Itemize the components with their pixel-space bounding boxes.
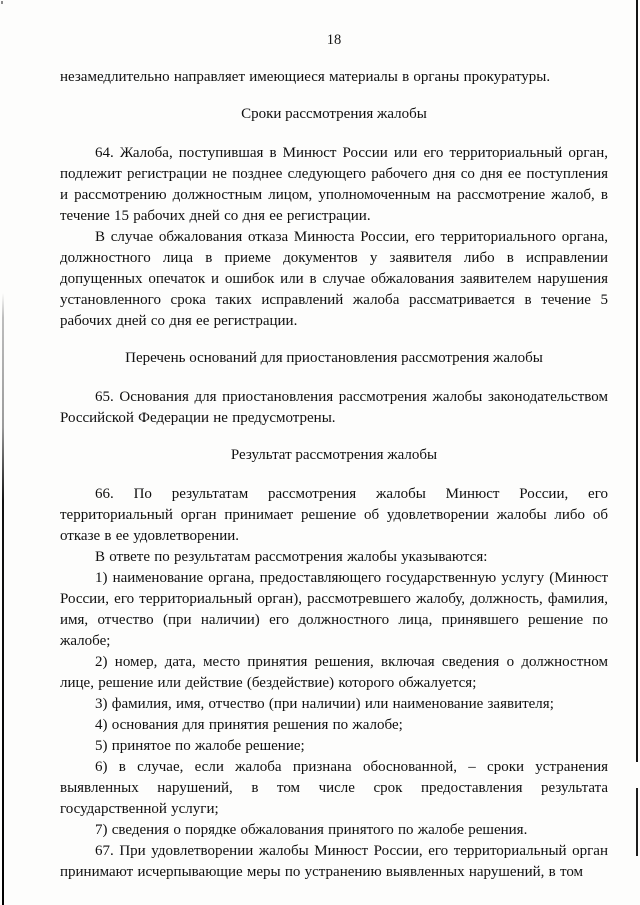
scan-edge-right-artifact-lower bbox=[636, 788, 638, 856]
heading-review-terms: Сроки рассмотрения жалобы bbox=[60, 104, 608, 125]
heading-review-result: Результат рассмотрения жалобы bbox=[60, 445, 608, 466]
paragraph-64: 64. Жалоба, поступившая в Минюст России … bbox=[60, 143, 608, 227]
scan-edge-left-artifact bbox=[2, 293, 4, 905]
paragraph-64-appeal-refusal: В случае обжалования отказа Минюста Росс… bbox=[60, 227, 608, 332]
list-item-5: 5) принятое по жалобе решение; bbox=[60, 736, 608, 757]
list-item-2: 2) номер, дата, место принятия решения, … bbox=[60, 652, 608, 694]
list-item-1: 1) наименование органа, предоставляющего… bbox=[60, 568, 608, 652]
scan-edge-right-artifact-upper bbox=[636, 0, 638, 762]
list-item-4: 4) основания для принятия решения по жал… bbox=[60, 715, 608, 736]
page-number: 18 bbox=[60, 30, 608, 51]
paragraph-66: 66. По результатам рассмотрения жалобы М… bbox=[60, 484, 608, 547]
paragraph-response-intro: В ответе по результатам рассмотрения жал… bbox=[60, 547, 608, 568]
list-item-3: 3) фамилия, имя, отчество (при наличии) … bbox=[60, 694, 608, 715]
paragraph-continuation: незамедлительно направляет имеющиеся мат… bbox=[60, 67, 608, 88]
paragraph-65: 65. Основания для приостановления рассмо… bbox=[60, 387, 608, 429]
list-item-6: 6) в случае, если жалоба признана обосно… bbox=[60, 757, 608, 820]
text-column: 18 незамедлительно направляет имеющиеся … bbox=[60, 30, 608, 883]
document-page: 18 незамедлительно направляет имеющиеся … bbox=[0, 0, 640, 905]
scan-speck-artifact bbox=[1, 1, 3, 4]
paragraph-67: 67. При удовлетворении жалобы Минюст Рос… bbox=[60, 841, 608, 883]
list-item-7: 7) сведения о порядке обжалования принят… bbox=[60, 820, 608, 841]
heading-suspension-grounds: Перечень оснований для приостановления р… bbox=[60, 348, 608, 369]
